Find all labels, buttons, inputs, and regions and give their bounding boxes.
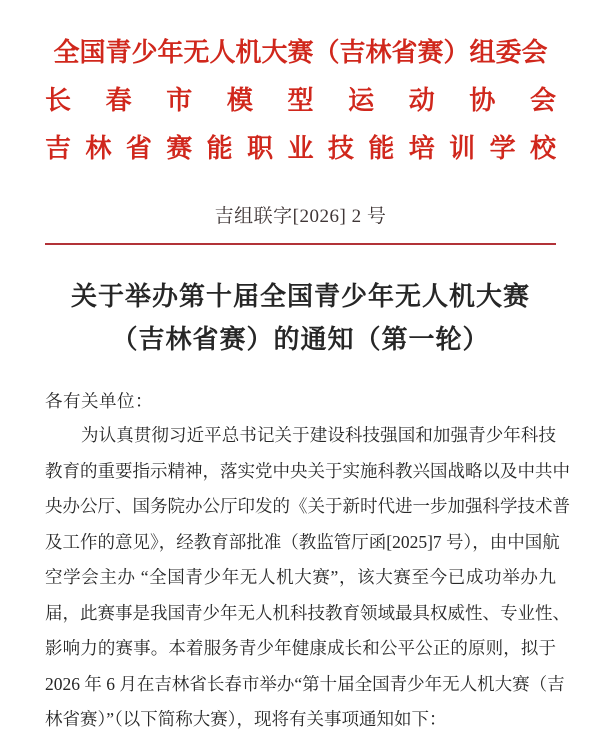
org-name-line-3: 吉林省赛能职业技能培训学校: [45, 124, 556, 172]
paragraph-line: 林省赛）”（以下简称大赛），现将有关事项通知如下：: [45, 702, 556, 738]
document-title-line-2: （吉林省赛）的通知（第一轮）: [45, 318, 556, 361]
paragraph-line: 教育的重要指示精神，落实党中央关于实施科教兴国战略以及中共中: [45, 454, 556, 490]
body-paragraph: 为认真贯彻习近平总书记关于建设科技强国和加强青少年科技 教育的重要指示精神，落实…: [45, 418, 556, 738]
org-name-line-1: 全国青少年无人机大赛（吉林省赛）组委会: [45, 28, 556, 76]
letterhead: 全国青少年无人机大赛（吉林省赛）组委会 长春市模型运动协会 吉林省赛能职业技能培…: [45, 28, 556, 172]
document-number: 吉组联字[2026] 2 号: [45, 204, 556, 230]
salutation: 各有关单位：: [45, 387, 556, 415]
paragraph-line: 届，此赛事是我国青少年无人机科技教育领域最具权威性、专业性、: [45, 596, 556, 632]
red-divider-line: [45, 243, 556, 245]
paragraph-line: 央办公厅、国务院办公厅印发的《关于新时代进一步加强科学技术普: [45, 489, 556, 525]
paragraph-line: 空学会主办 “全国青少年无人机大赛”，该大赛至今已成功举办九: [45, 560, 556, 596]
document-title: 关于举办第十届全国青少年无人机大赛 （吉林省赛）的通知（第一轮）: [45, 275, 556, 361]
org-name-line-2: 长春市模型运动协会: [45, 76, 556, 124]
paragraph-line: 及工作的意见》，经教育部批准（教监管厅函[2025]7 号），由中国航: [45, 525, 556, 561]
paragraph-line: 2026 年 6 月在吉林省长春市举办“第十届全国青少年无人机大赛（吉: [45, 667, 556, 703]
document-page: 全国青少年无人机大赛（吉林省赛）组委会 长春市模型运动协会 吉林省赛能职业技能培…: [0, 0, 601, 745]
paragraph-line: 影响力的赛事。本着服务青少年健康成长和公平公正的原则，拟于: [45, 631, 556, 667]
document-title-line-1: 关于举办第十届全国青少年无人机大赛: [45, 275, 556, 318]
paragraph-line: 为认真贯彻习近平总书记关于建设科技强国和加强青少年科技: [45, 418, 556, 454]
